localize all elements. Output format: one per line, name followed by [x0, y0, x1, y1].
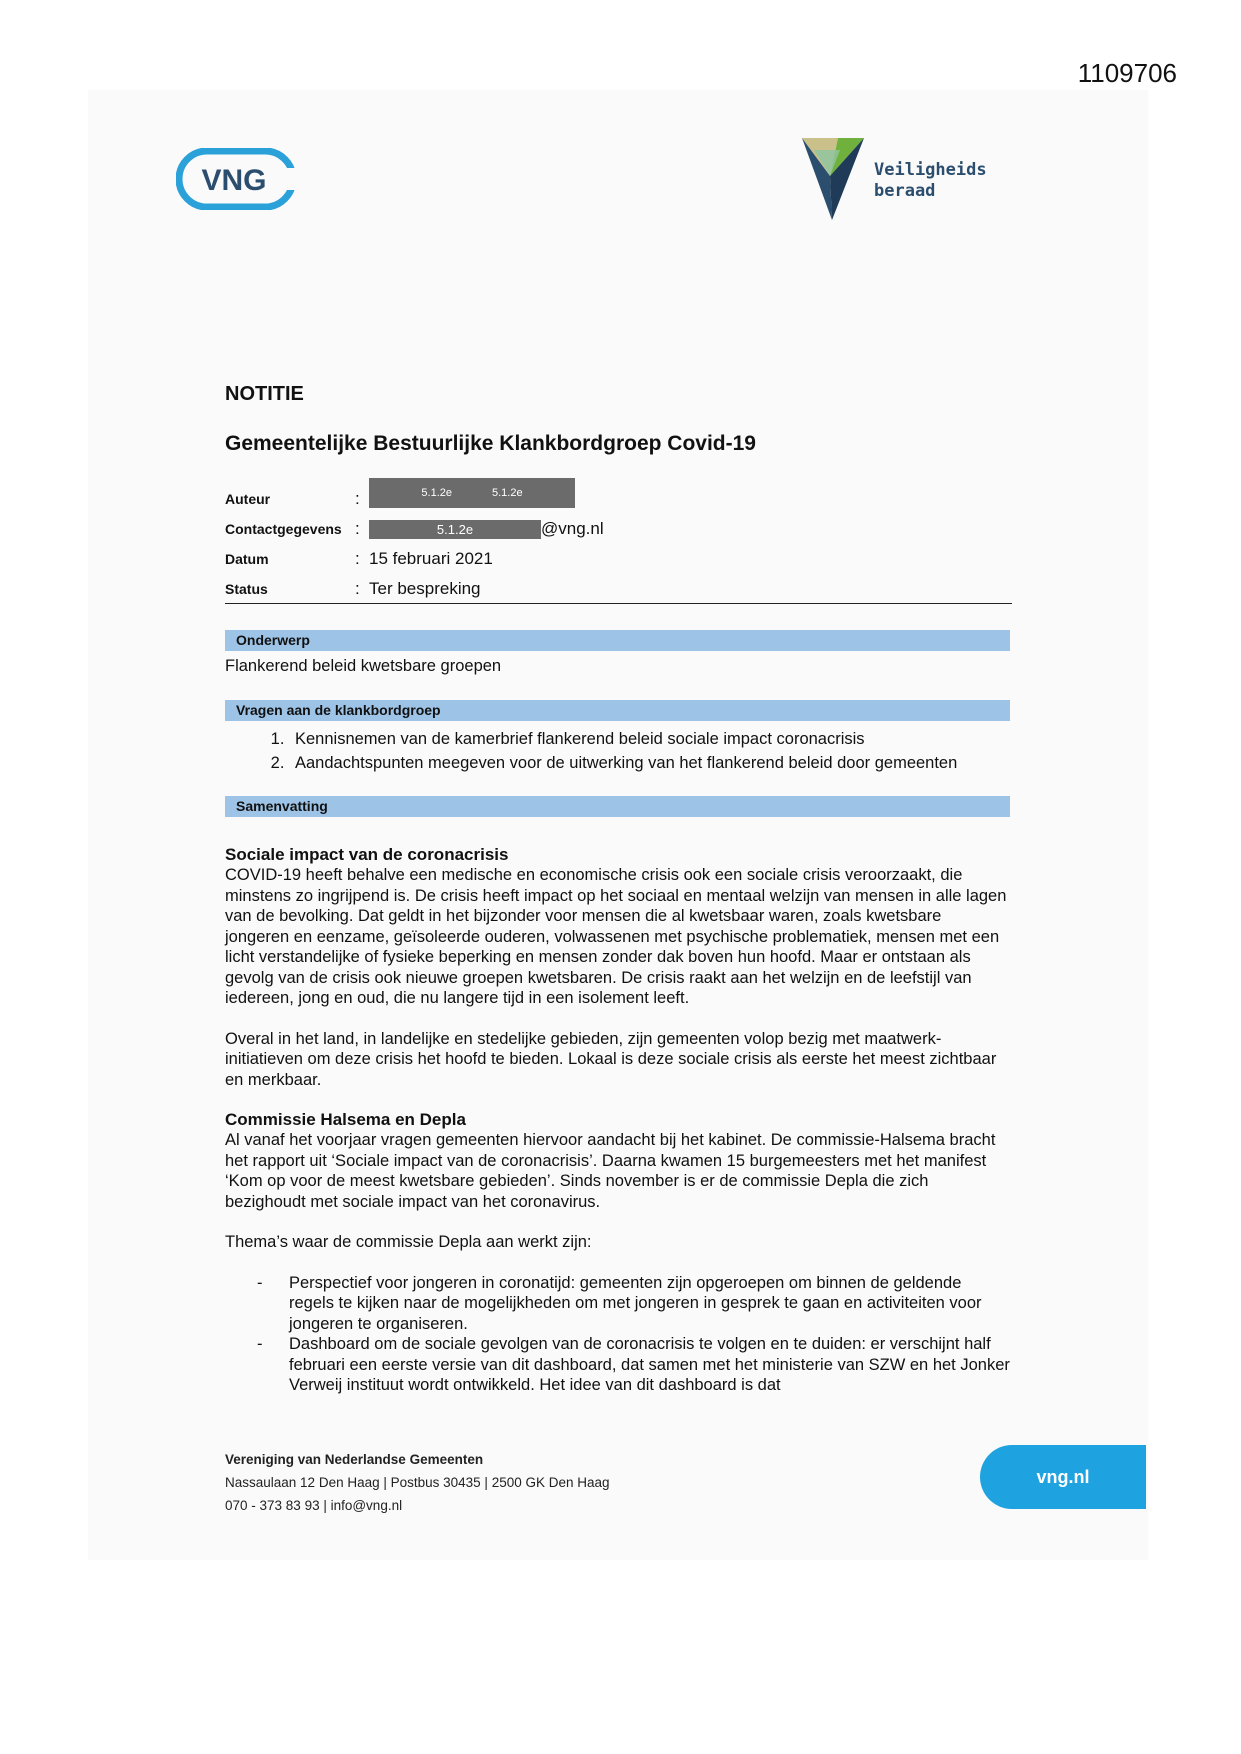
- logo-line-2: beraad: [874, 181, 987, 202]
- document-number: 1109706: [1078, 58, 1177, 89]
- meta-row-contact: Contactgegevens : 5.1.2e@vng.nl: [225, 514, 1010, 544]
- paragraph: COVID-19 heeft behalve een medische en e…: [225, 865, 1010, 1009]
- footer-org: Vereniging van Nederlandse Gemeenten: [225, 1448, 610, 1471]
- footer: Vereniging van Nederlandse Gemeenten Nas…: [225, 1448, 610, 1517]
- document-type: NOTITIE: [225, 383, 1010, 406]
- footer-address: Nassaulaan 12 Den Haag | Postbus 30435 |…: [225, 1471, 610, 1494]
- footer-contact: 070 - 373 83 93 | info@vng.nl: [225, 1494, 610, 1517]
- subheading: Commissie Halsema en Depla: [225, 1110, 1010, 1130]
- svg-text:VNG: VNG: [201, 164, 266, 197]
- website-badge[interactable]: vng.nl: [980, 1445, 1146, 1509]
- veiligheidsberaad-logo: Veiligheids beraad: [800, 136, 1000, 222]
- vng-logo: VNG: [176, 148, 296, 210]
- subject-text: Flankerend beleid kwetsbare groepen: [225, 656, 1010, 677]
- section-onderwerp: Onderwerp Flankerend beleid kwetsbare gr…: [225, 630, 1010, 677]
- question-list: Kennisnemen van de kamerbrief flankerend…: [225, 727, 1010, 775]
- list-item: Dashboard om de sociale gevolgen van de …: [289, 1334, 1010, 1396]
- section-heading: Vragen aan de klankbordgroep: [225, 700, 1010, 721]
- document-title: Gemeentelijke Bestuurlijke Klankbordgroe…: [225, 432, 1010, 456]
- redaction-block: 5.1.2e: [369, 520, 541, 539]
- paragraph: Overal in het land, in landelijke en ste…: [225, 1029, 1010, 1091]
- section-heading: Samenvatting: [225, 796, 1010, 817]
- redaction-block: 5.1.2e5.1.2e: [369, 478, 575, 508]
- contact-email-domain: @vng.nl: [541, 519, 604, 538]
- subheading: Sociale impact van de coronacrisis: [225, 845, 1010, 865]
- themes-list: Perspectief voor jongeren in coronatijd:…: [225, 1273, 1010, 1396]
- paragraph: Al vanaf het voorjaar vragen gemeenten h…: [225, 1130, 1010, 1212]
- meta-row-date: Datum : 15 februari 2021: [225, 544, 1010, 574]
- divider: [225, 603, 1012, 604]
- logo-line-1: Veiligheids: [874, 160, 987, 181]
- date-value: 15 februari 2021: [369, 549, 493, 569]
- section-heading: Onderwerp: [225, 630, 1010, 651]
- paragraph: Thema’s waar de commissie Depla aan werk…: [225, 1232, 1010, 1253]
- list-item: Aandachtspunten meegeven voor de uitwerk…: [289, 751, 1010, 775]
- section-vragen: Vragen aan de klankbordgroep Kennisnemen…: [225, 700, 1010, 775]
- meta-table: Auteur : 5.1.2e5.1.2e Contactgegevens : …: [225, 484, 1010, 604]
- status-value: Ter bespreking: [369, 579, 481, 599]
- list-item: Perspectief voor jongeren in coronatijd:…: [289, 1273, 1010, 1335]
- meta-row-author: Auteur : 5.1.2e5.1.2e: [225, 484, 1010, 514]
- meta-row-status: Status : Ter bespreking: [225, 574, 1010, 604]
- list-item: Kennisnemen van de kamerbrief flankerend…: [289, 727, 1010, 751]
- section-samenvatting: Samenvatting Sociale impact van de coron…: [225, 796, 1010, 1396]
